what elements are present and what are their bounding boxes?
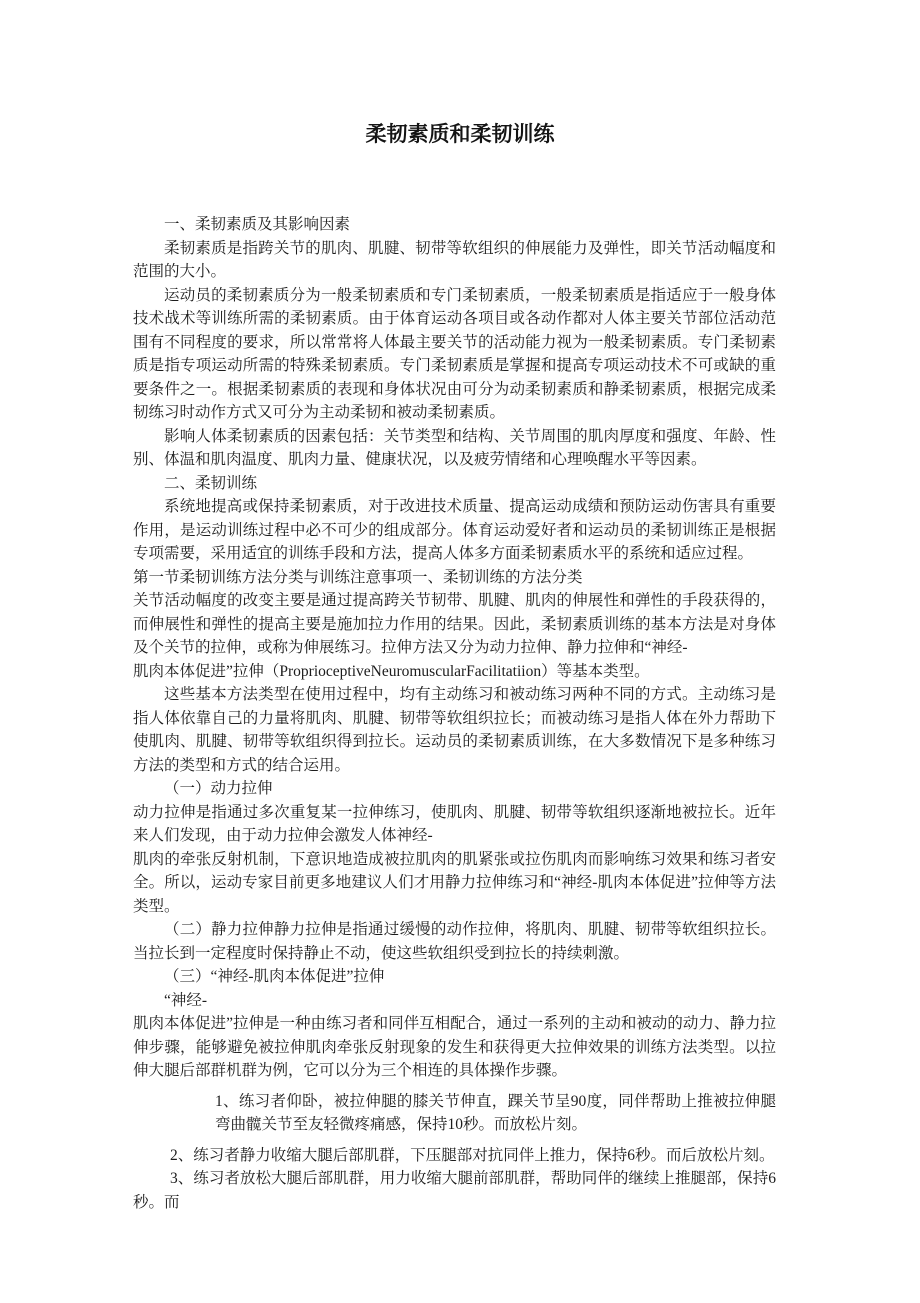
para-stretch-methods: 关节活动幅度的改变主要是通过提高跨关节韧带、肌腱、肌肉的伸展性和弹性的手段获得的… [133, 589, 776, 683]
step-item-2: 2、练习者静力收缩大腿后部肌群，下压腿部对抗同伴上推力，保持6秒。而后放松片刻。 [133, 1144, 776, 1168]
heading-dynamic-stretch: （一）动力拉伸 [133, 777, 776, 801]
para-training-overview: 系统地提高或保持柔韧素质，对于改进技术质量、提高运动成绩和预防运动伤害具有重要作… [133, 495, 776, 566]
heading-pnf-stretch: （三）“神经-肌肉本体促进”拉伸 [133, 965, 776, 989]
heading-section-2: 二、柔韧训练 [133, 472, 776, 496]
step-item-3: 3、练习者放松大腿后部肌群，用力收缩大腿前部肌群，帮助同伴的继续上推腿部，保持6… [133, 1167, 776, 1214]
para-flexibility-definition: 柔韧素质是指跨关节的肌肉、肌腱、韧带等软组织的伸展能力及弹性，即关节活动幅度和范… [133, 237, 776, 284]
document-title: 柔韧素质和柔韧训练 [0, 0, 920, 149]
para-pnf-stretch: “神经- 肌肉本体促进”拉伸是一种由练习者和同伴互相配合，通过一系列的主动和被动… [133, 989, 776, 1083]
document-body: 一、柔韧素质及其影响因素 柔韧素质是指跨关节的肌肉、肌腱、韧带等软组织的伸展能力… [133, 213, 776, 1214]
document-page: 柔韧素质和柔韧训练 一、柔韧素质及其影响因素 柔韧素质是指跨关节的肌肉、肌腱、韧… [0, 0, 920, 1303]
para-active-passive: 这些基本方法类型在使用过程中，均有主动练习和被动练习两种不同的方式。主动练习是指… [133, 683, 776, 777]
para-general-vs-special: 运动员的柔韧素质分为一般柔韧素质和专门柔韧素质，一般柔韧素质是指适应于一般身体技… [133, 284, 776, 425]
heading-section-1: 一、柔韧素质及其影响因素 [133, 213, 776, 237]
step-item-1: 1、练习者仰卧，被拉伸腿的膝关节伸直，踝关节呈90度，同伴帮助上推被拉伸腿弯曲髋… [215, 1090, 776, 1137]
para-dynamic-stretch: 动力拉伸是指通过多次重复某一拉伸练习，使肌肉、肌腱、韧带等软组织逐渐地被拉长。近… [133, 801, 776, 919]
heading-chapter-1: 第一节柔韧训练方法分类与训练注意事项一、柔韧训练的方法分类 [133, 566, 776, 590]
para-influencing-factors: 影响人体柔韧素质的因素包括：关节类型和结构、关节周围的肌肉厚度和强度、年龄、性别… [133, 425, 776, 472]
para-static-stretch: （二）静力拉伸静力拉伸是指通过缓慢的动作拉伸，将肌肉、肌腱、韧带等软组织拉长。当… [133, 918, 776, 965]
